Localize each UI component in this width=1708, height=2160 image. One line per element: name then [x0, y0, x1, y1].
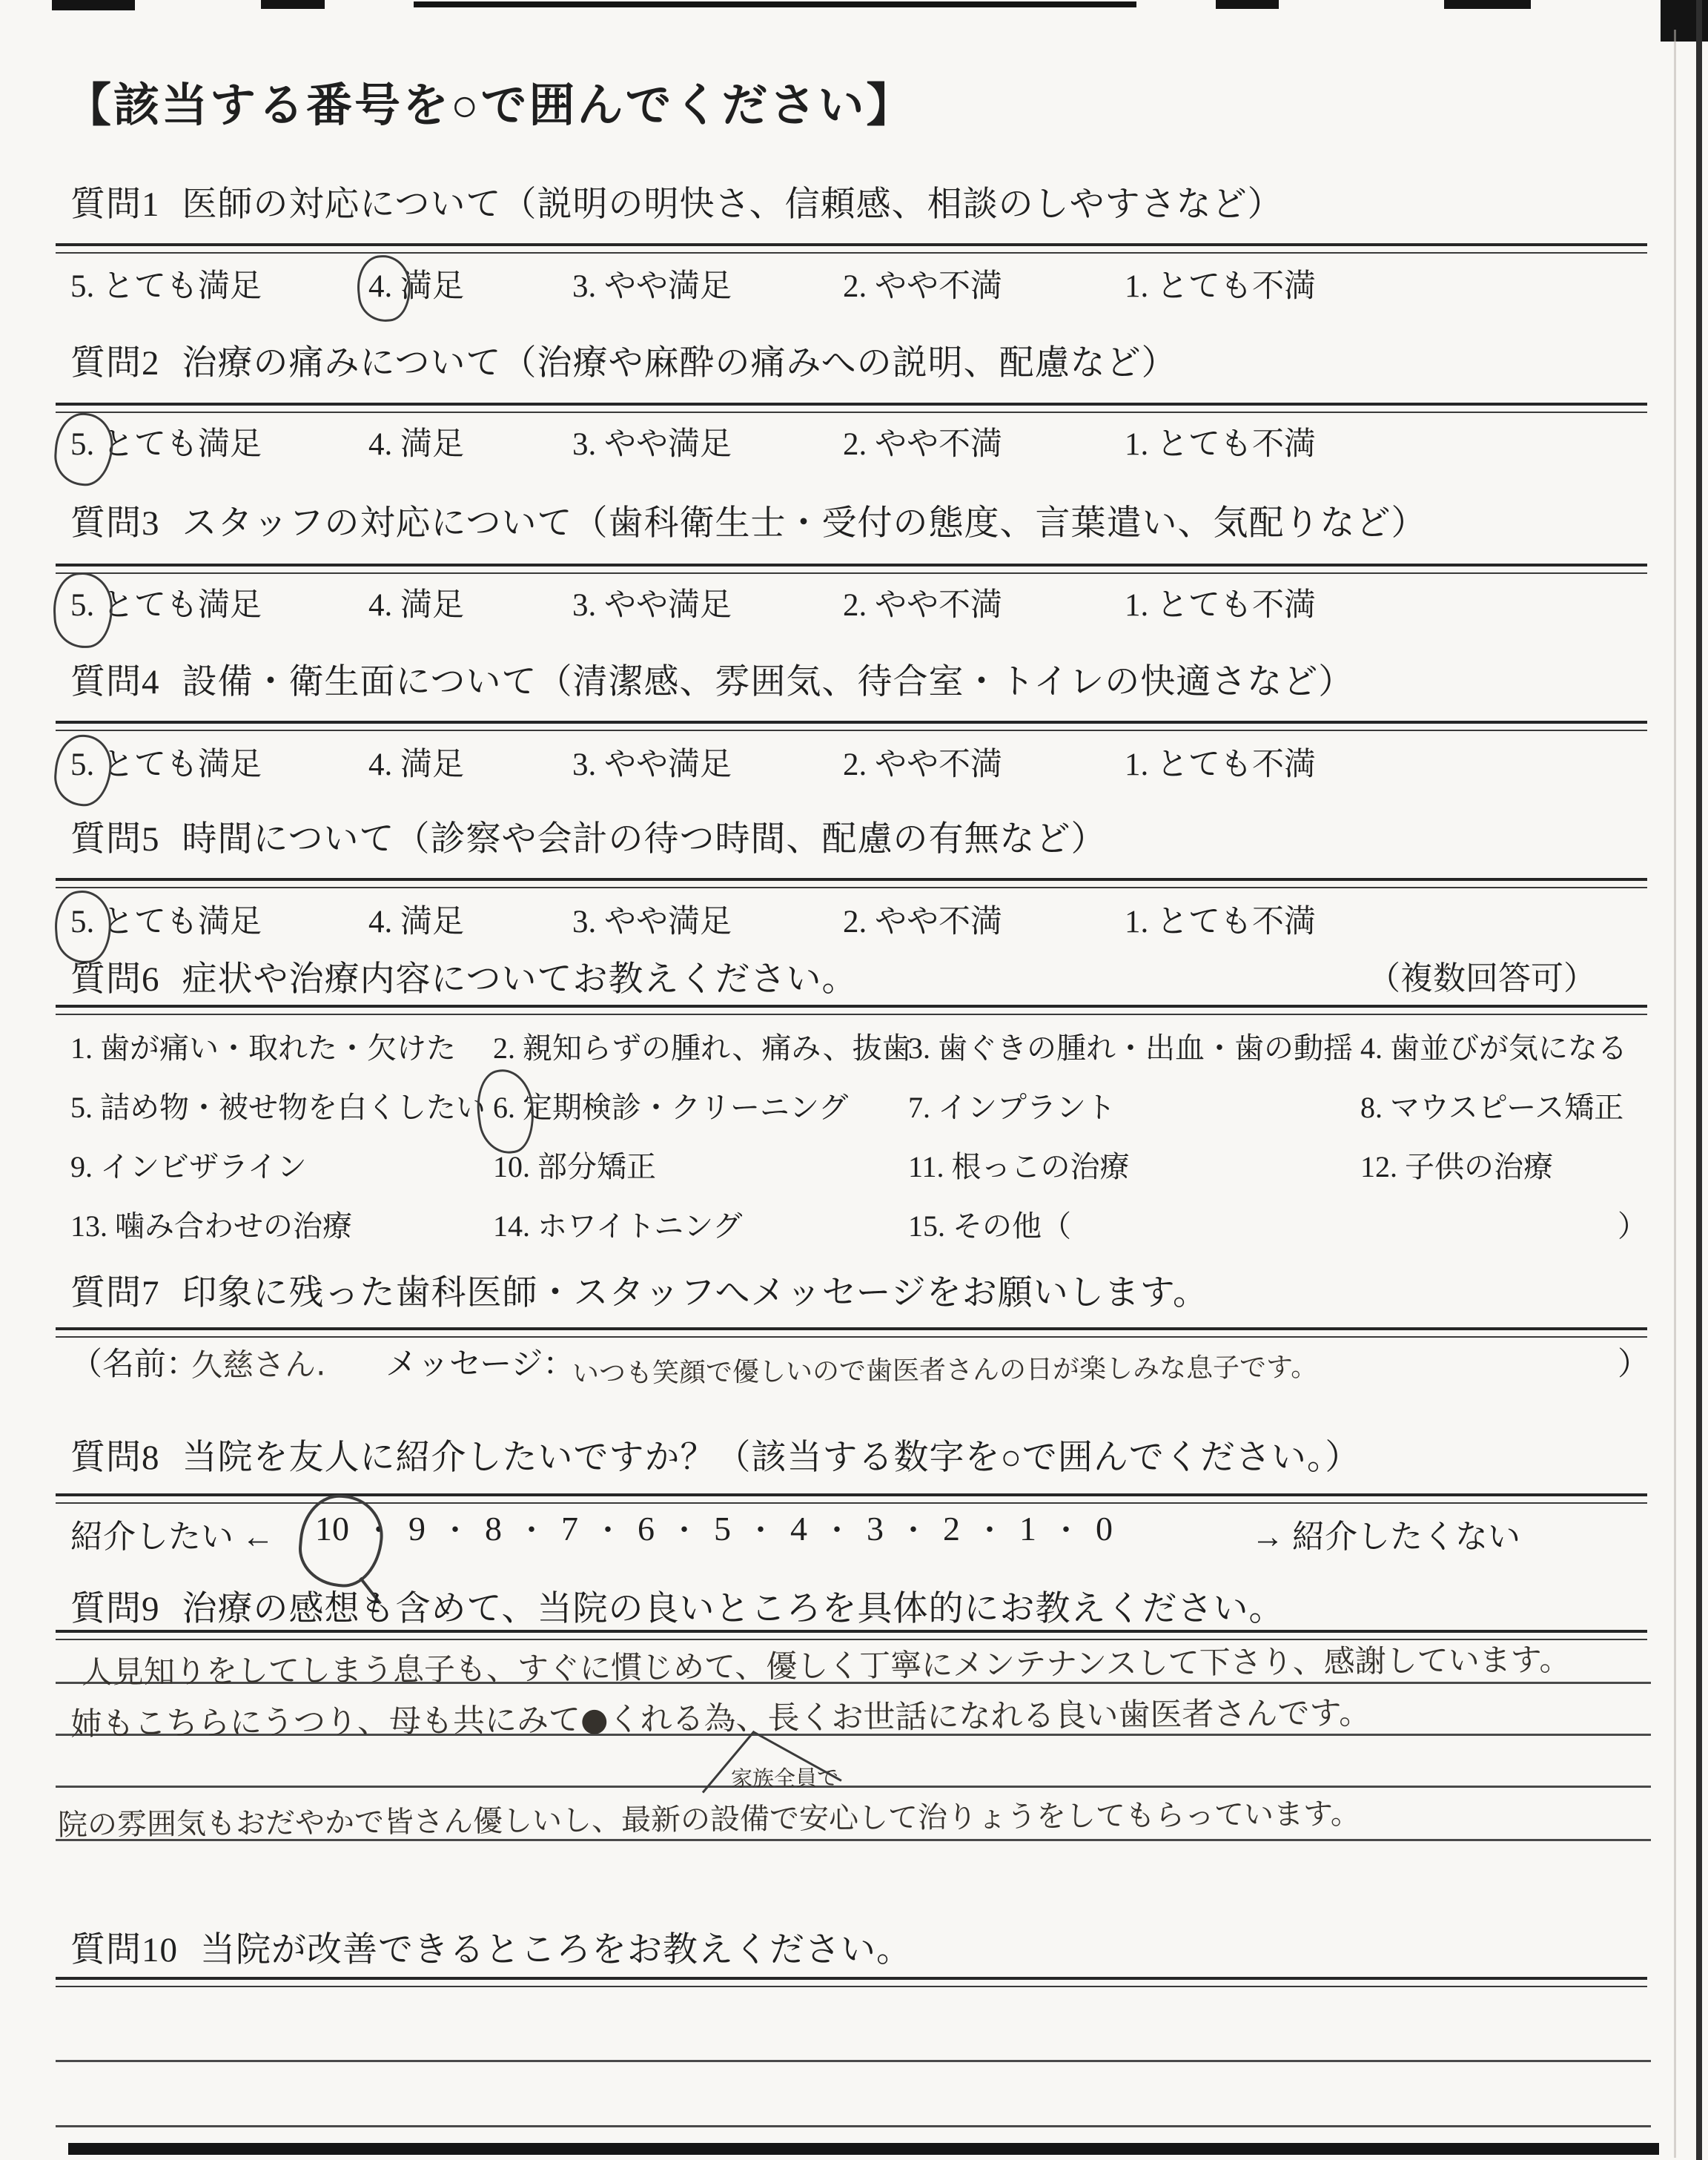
q6-option: 8. マウスピース矯正 [1360, 1084, 1623, 1126]
q6-options-row-2: 5. 詰め物・被せ物を白くしたい 6. 定期検診・クリーニング 7. インプラン… [0, 1084, 1708, 1136]
q6-options-row-3: 9. インビザライン 10. 部分矯正 11. 根っこの治療 12. 子供の治療 [0, 1143, 1708, 1195]
q4-underline [56, 721, 1647, 731]
q7-title-text: 印象に残った歯科医師・スタッフへメッセージをお願いします。 [182, 1274, 1208, 1312]
scan-artifact [261, 0, 325, 9]
scan-artifact [414, 1, 1136, 7]
q8-number: 7 [561, 1509, 578, 1548]
q8-dot: ・ [975, 1507, 1004, 1549]
q7-underline [56, 1327, 1647, 1338]
q9-handwritten-line: 院の雰囲気もおだやかで皆さん優しいし、最新の設備で安心して治りょうをしてもらって… [58, 1790, 1360, 1843]
q8-number: 3 [867, 1509, 884, 1548]
q6-option: 12. 子供の治療 [1360, 1143, 1553, 1186]
q5-label: 質問5 [70, 820, 160, 859]
q1-title-text: 医師の対応について（説明の明快さ、信頼感、相談のしやすさなど） [182, 185, 1283, 224]
scan-artifact [52, 0, 135, 10]
q2-underline [56, 403, 1647, 413]
q2-title: 質問2治療の痛みについて（治療や麻酔の痛みへの説明、配慮など） [70, 335, 1177, 385]
q8-title: 質問8当院を友人に紹介したいですか？（該当する数字を○で囲んでください。） [70, 1430, 1360, 1479]
q4-option: 1. とても不満 [1125, 739, 1316, 785]
q6-option-other: 15. その他（ [908, 1203, 1071, 1245]
q4-label: 質問4 [70, 663, 160, 701]
q4-option: 3. やや満足 [572, 739, 732, 785]
q6-option: 3. 歯ぐきの腫れ・出血・歯の動揺 [908, 1025, 1353, 1067]
q5-underline [56, 878, 1647, 888]
q3-option: 3. やや満足 [572, 580, 732, 625]
q8-label: 質問8 [70, 1439, 160, 1477]
q8-underline [56, 1493, 1647, 1504]
q8-dot: ・ [1051, 1507, 1081, 1549]
q6-title: 質問6症状や治療内容についてお教えください。 [70, 951, 858, 1001]
q2-option: 2. やや不満 [843, 419, 1002, 464]
q9-ruled-line [56, 1786, 1651, 1788]
q8-dot: ・ [669, 1507, 699, 1549]
q9-label: 質問9 [70, 1590, 160, 1628]
q8-right-label: → 紹介したくない [1251, 1510, 1520, 1557]
q2-title-text: 治療の痛みについて（治療や麻酔の痛みへの説明、配慮など） [182, 344, 1177, 383]
q6-options-row-1: 1. 歯が痛い・取れた・欠けた 2. 親知らずの腫れ、痛み、抜歯 3. 歯ぐきの… [0, 1025, 1708, 1077]
q8-number: 2 [943, 1509, 960, 1548]
q10-underline [56, 1977, 1647, 1987]
q7-message-handwritten: いつも笑顔で優しいので歯医者さんの日が楽しみな息子です。 [572, 1347, 1318, 1391]
q9-title: 質問9治療の感想も含めて、当院の良いところを具体的にお教えください。 [70, 1581, 1285, 1631]
q10-title-text: 当院が改善できるところをお教えください。 [200, 1931, 912, 1969]
q3-option: 2. やや不満 [843, 580, 1002, 625]
q4-option: 2. やや不満 [843, 739, 1002, 785]
q8-left-label: 紹介したい ← [70, 1510, 274, 1557]
instruction-header: 【該当する番号を○で囲んでください】 [65, 68, 914, 134]
q7-name-handwritten: 久慈さん. [191, 1340, 326, 1386]
q6-option: 4. 歯並びが気になる [1360, 1025, 1627, 1067]
q3-title-text: スタッフの対応について（歯科衛生士・受付の態度、言葉遣い、気配りなど） [182, 504, 1427, 543]
q9-handwritten-line: 人見知りをしてしまう息子も、すぐに慣じめて、優しく丁寧にメンテナンスして下さり、… [82, 1635, 1571, 1693]
q6-other-close-paren: ） [1618, 1203, 1647, 1245]
q1-options-row: 5. とても満足 4. 満足 3. やや満足 2. やや不満 1. とても不満 [0, 261, 1708, 328]
scan-artifact [1444, 0, 1531, 9]
q3-title: 質問3スタッフの対応について（歯科衛生士・受付の態度、言葉遣い、気配りなど） [70, 495, 1427, 545]
q3-option: 1. とても不満 [1125, 580, 1316, 625]
q10-label: 質問10 [70, 1931, 178, 1969]
q10-title: 質問10当院が改善できるところをお教えください。 [70, 1922, 912, 1972]
q7-title: 質問7印象に残った歯科医師・スタッフへメッセージをお願いします。 [70, 1265, 1208, 1315]
q6-label: 質問6 [70, 960, 160, 999]
q6-option: 2. 親知らずの腫れ、痛み、抜歯 [493, 1025, 912, 1067]
q5-option: 2. やや不満 [843, 896, 1002, 942]
q5-title-text: 時間について（診察や会計の待つ時間、配慮の有無など） [182, 820, 1107, 859]
q3-options-row: 5. とても満足 4. 満足 3. やや満足 2. やや不満 1. とても不満 [0, 580, 1708, 647]
scan-artifact [1216, 0, 1279, 9]
q5-option: 4. 満足 [368, 896, 464, 942]
q6-option: 10. 部分矯正 [493, 1143, 656, 1186]
q9-title-text: 治療の感想も含めて、当院の良いところを具体的にお教えください。 [182, 1590, 1285, 1628]
q2-label: 質問2 [70, 344, 160, 383]
q8-number: 4 [790, 1509, 807, 1548]
q2-option: 1. とても不満 [1125, 419, 1316, 464]
scan-artifact [68, 2143, 1659, 2155]
q8-number: 5 [714, 1509, 731, 1548]
q8-number: 8 [485, 1509, 502, 1548]
q7-name-prefix: （名前： [70, 1339, 198, 1384]
q6-option: 13. 噛み合わせの治療 [70, 1203, 352, 1245]
q6-option: 6. 定期検診・クリーニング [493, 1084, 848, 1126]
q6-option: 5. 詰め物・被せ物を白くしたい [70, 1084, 486, 1126]
q5-title: 質問5時間について（診察や会計の待つ時間、配慮の有無など） [70, 811, 1107, 861]
q5-option: 3. やや満足 [572, 896, 732, 942]
q8-dot: ・ [440, 1507, 470, 1549]
q9-handwritten-line: 姉もこちらにうつり、母も共にみて●くれる為、長くお世話になれる良い歯医者さんです… [70, 1688, 1371, 1744]
q5-option: 1. とても不満 [1125, 896, 1316, 942]
q8-dot: ・ [822, 1507, 852, 1549]
q8-number-scale: 10・ 9・ 8・ 7・ 6・ 5・ 4・ 3・ 2・ 1・ 0 [315, 1507, 1113, 1549]
q4-option: 4. 満足 [368, 739, 464, 785]
q7-label: 質問7 [70, 1274, 160, 1312]
q8-title-text: 当院を友人に紹介したいですか？（該当する数字を○で囲んでください。） [182, 1439, 1361, 1477]
q4-title-text: 設備・衛生面について（清潔感、雰囲気、待合室・トイレの快適さなど） [182, 663, 1354, 701]
q7-close-paren: ） [1618, 1339, 1649, 1384]
q6-option: 1. 歯が痛い・取れた・欠けた [70, 1025, 456, 1067]
q3-option: 4. 満足 [368, 580, 464, 625]
q8-number: 1 [1019, 1509, 1036, 1548]
q2-option: 4. 満足 [368, 419, 464, 464]
q8-number: 0 [1096, 1509, 1113, 1548]
q6-title-text: 症状や治療内容についてお教えください。 [182, 960, 858, 999]
q6-option: 7. インプラント [908, 1084, 1116, 1126]
q1-option: 1. とても不満 [1125, 261, 1316, 306]
q9-insertion-note-handwritten: 家族全員で [731, 1761, 838, 1792]
survey-scan-page: 【該当する番号を○で囲んでください】 質問1医師の対応について（説明の明快さ、信… [0, 0, 1708, 2160]
q4-title: 質問4設備・衛生面について（清潔感、雰囲気、待合室・トイレの快適さなど） [70, 654, 1354, 704]
q6-option: 11. 根っこの治療 [908, 1143, 1130, 1186]
q10-ruled-line [56, 2125, 1651, 2127]
q2-option: 3. やや満足 [572, 419, 732, 464]
q3-label: 質問3 [70, 504, 160, 543]
q1-label: 質問1 [70, 185, 160, 224]
q6-option: 14. ホワイトニング [493, 1203, 742, 1245]
q6-option: 9. インビザライン [70, 1143, 307, 1186]
q1-title: 質問1医師の対応について（説明の明快さ、信頼感、相談のしやすさなど） [70, 176, 1283, 226]
q4-options-row: 5. とても満足 4. 満足 3. やや満足 2. やや不満 1. とても不満 [0, 739, 1708, 806]
q6-multi-answer-note: （複数回答可） [1368, 951, 1596, 999]
q8-number: 6 [638, 1509, 655, 1548]
q8-dot: ・ [898, 1507, 928, 1549]
q8-dot: ・ [746, 1507, 775, 1549]
q1-option: 3. やや満足 [572, 261, 732, 306]
q2-options-row: 5. とても満足 4. 満足 3. やや満足 2. やや不満 1. とても不満 [0, 419, 1708, 486]
q1-option: 5. とても満足 [70, 261, 262, 306]
q8-dot: ・ [517, 1507, 546, 1549]
q10-ruled-line [56, 2060, 1651, 2062]
q1-underline [56, 243, 1647, 254]
q8-dot: ・ [593, 1507, 623, 1549]
q7-message-prefix: メッセージ： [385, 1339, 575, 1384]
q3-underline [56, 564, 1647, 574]
q6-underline [56, 1005, 1647, 1015]
q8-number: 9 [408, 1509, 426, 1548]
q6-options-row-4: 13. 噛み合わせの治療 14. ホワイトニング 15. その他（ ） [0, 1203, 1708, 1255]
q1-option: 2. やや不満 [843, 261, 1002, 306]
